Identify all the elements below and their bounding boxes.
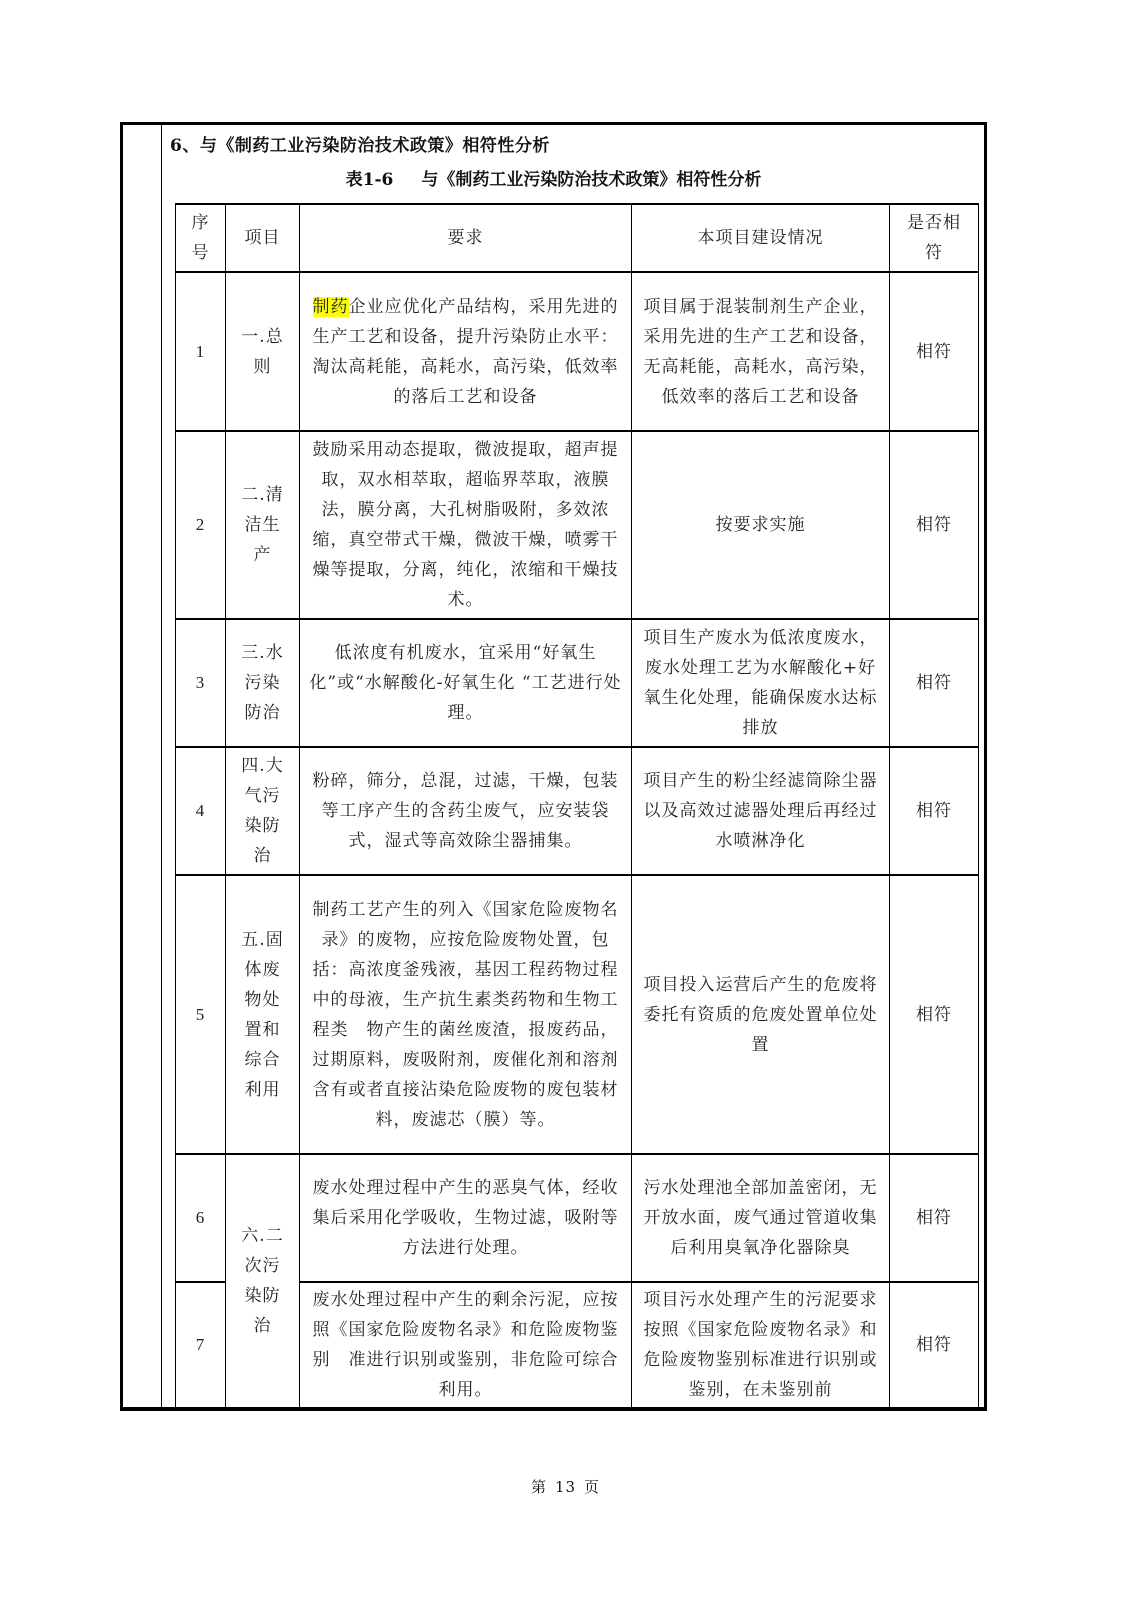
row-item: 一.总则 [226,272,300,431]
frame-divider-line [161,125,162,1407]
row-number: 5 [176,875,226,1154]
document-frame: 6、与《制药工业污染防治技术政策》相符性分析 表1-6与《制药工业污染防治技术政… [120,122,987,1411]
row-number: 4 [176,747,226,875]
row-item: 四.大气污染防治 [226,747,300,875]
table-row: 1 一.总则 制药企业应优化产品结构，采用先进的生产工艺和设备，提升污染防止水平… [176,272,979,431]
row-status: 项目投入运营后产生的危废将委托有资质的危废处置单位处置 [632,875,890,1154]
row-result: 相符 [890,431,979,619]
table-row: 5 五.固体废物处置和综合利用 制药工艺产生的列入《国家危险废物名录》的废物，应… [176,875,979,1154]
row-status: 项目生产废水为低浓度废水，废水处理工艺为水解酸化+好氧生化处理，能确保废水达标排… [632,619,890,747]
row-result: 相符 [890,747,979,875]
row-result: 相符 [890,1282,979,1408]
header-requirement: 要求 [300,204,632,272]
table-header-row: 序号 项目 要求 本项目建设情况 是否相符 [176,204,979,272]
table-row: 3 三.水污染防治 低浓度有机废水，宜采用“好氧生化”或“水解酸化-好氧生化 “… [176,619,979,747]
row-number: 6 [176,1154,226,1282]
table-caption: 表1-6与《制药工业污染防治技术政策》相符性分析 [123,165,984,190]
row-requirement: 废水处理过程中产生的恶臭气体，经收集后采用化学吸收，生物过滤，吸附等方法进行处理… [300,1154,632,1282]
row-number: 2 [176,431,226,619]
row-result: 相符 [890,272,979,431]
row-requirement: 低浓度有机废水，宜采用“好氧生化”或“水解酸化-好氧生化 “工艺进行处理。 [300,619,632,747]
header-result: 是否相符 [890,204,979,272]
row-requirement: 粉碎，筛分，总混，过滤，干燥，包装等工序产生的含药尘废气，应安装袋式，湿式等高效… [300,747,632,875]
row-number: 1 [176,272,226,431]
header-item: 项目 [226,204,300,272]
row-requirement: 鼓励采用动态提取，微波提取，超声提取，双水相萃取，超临界萃取，液膜法，膜分离，大… [300,431,632,619]
row-status: 项目产生的粉尘经滤筒除尘器以及高效过滤器处理后再经过水喷淋净化 [632,747,890,875]
row-item: 三.水污染防治 [226,619,300,747]
row-requirement: 制药企业应优化产品结构，采用先进的生产工艺和设备，提升污染防止水平：淘汰高耗能，… [300,272,632,431]
row-number: 3 [176,619,226,747]
row-result: 相符 [890,619,979,747]
row-requirement: 废水处理过程中产生的剩余污泥，应按照《国家危险废物名录》和危险废物鉴别 准进行识… [300,1282,632,1408]
row-item: 二.清洁生产 [226,431,300,619]
row-status: 污水处理池全部加盖密闭，无开放水面，废气通过管道收集后利用臭氧净化器除臭 [632,1154,890,1282]
table-caption-number: 表1-6 [346,170,394,190]
compliance-table: 序号 项目 要求 本项目建设情况 是否相符 1 一.总则 制药企业应优化产品结构… [175,203,979,1409]
table-row: 4 四.大气污染防治 粉碎，筛分，总混，过滤，干燥，包装等工序产生的含药尘废气，… [176,747,979,875]
highlighted-text: 制药 [313,297,349,317]
row-status: 项目污水处理产生的污泥要求按照《国家危险废物名录》和危险废物鉴别标准进行识别或鉴… [632,1282,890,1408]
section-heading: 6、与《制药工业污染防治技术政策》相符性分析 [170,131,550,156]
row-status: 项目属于混装制剂生产企业，采用先进的生产工艺和设备，无高耗能，高耗水，高污染，低… [632,272,890,431]
row-number: 7 [176,1282,226,1408]
header-no: 序号 [176,204,226,272]
header-status: 本项目建设情况 [632,204,890,272]
row-item: 五.固体废物处置和综合利用 [226,875,300,1154]
table-row: 6 六.二次污染防治 废水处理过程中产生的恶臭气体，经收集后采用化学吸收，生物过… [176,1154,979,1282]
row-item: 六.二次污染防治 [226,1154,300,1408]
row-status: 按要求实施 [632,431,890,619]
table-caption-title: 与《制药工业污染防治技术政策》相符性分析 [421,170,761,190]
page-number-footer: 第13页 [0,1476,1131,1497]
row-requirement: 制药工艺产生的列入《国家危险废物名录》的废物，应按危险废物处置，包括：高浓度釜残… [300,875,632,1154]
table-row: 2 二.清洁生产 鼓励采用动态提取，微波提取，超声提取，双水相萃取，超临界萃取，… [176,431,979,619]
row-result: 相符 [890,875,979,1154]
row-result: 相符 [890,1154,979,1282]
page-number: 13 [555,1478,576,1496]
